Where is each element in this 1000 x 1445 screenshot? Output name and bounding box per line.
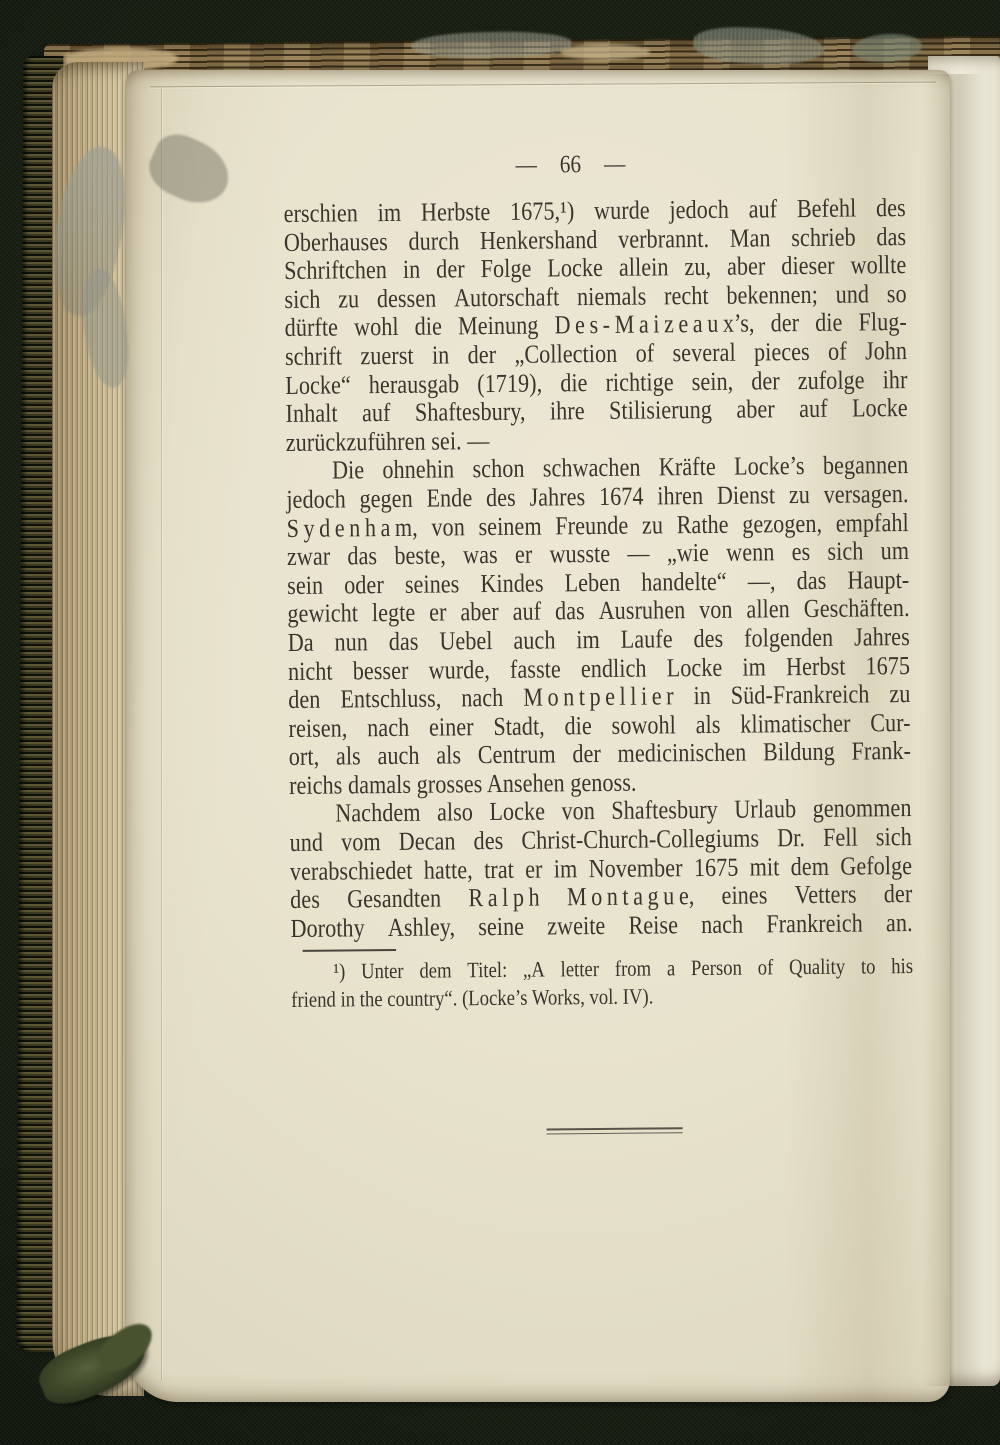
page-number-value: 66: [560, 151, 582, 179]
page-fold-shadow: [922, 74, 984, 1386]
page-number-dash-left: —: [516, 152, 538, 180]
book-photograph: — 66 — erschienimHerbste1675,¹)wurdejedo…: [0, 0, 1000, 1445]
footnote: ¹)UnterdemTitel:„AletterfromaPersonofQua…: [291, 952, 914, 1013]
page-number: — 66 —: [259, 148, 881, 182]
text-line: InhaltaufShaftesbury,ihreStilisierungabe…: [285, 394, 907, 429]
text-line: NachdemalsoLockevonShaftesburyUrlaubgeno…: [289, 794, 911, 829]
text-line: ort,alsauchalsCentrumdermedicinischenBil…: [289, 737, 911, 772]
binding-wear-patch: [560, 44, 650, 60]
page-crease-vertical: [161, 88, 162, 1380]
page-number-dash-right: —: [604, 151, 626, 179]
body-text: erschienimHerbste1675,¹)wurdejedochaufBe…: [283, 194, 912, 943]
text-line: S y d e n h a m,vonseinemFreundezuRatheg…: [287, 509, 909, 544]
text-line: DorothyAshley,seinezweiteReisenachFrankr…: [290, 909, 912, 944]
text-line: sichzudessenAutorschaftniemalsrechtbeken…: [284, 280, 906, 315]
